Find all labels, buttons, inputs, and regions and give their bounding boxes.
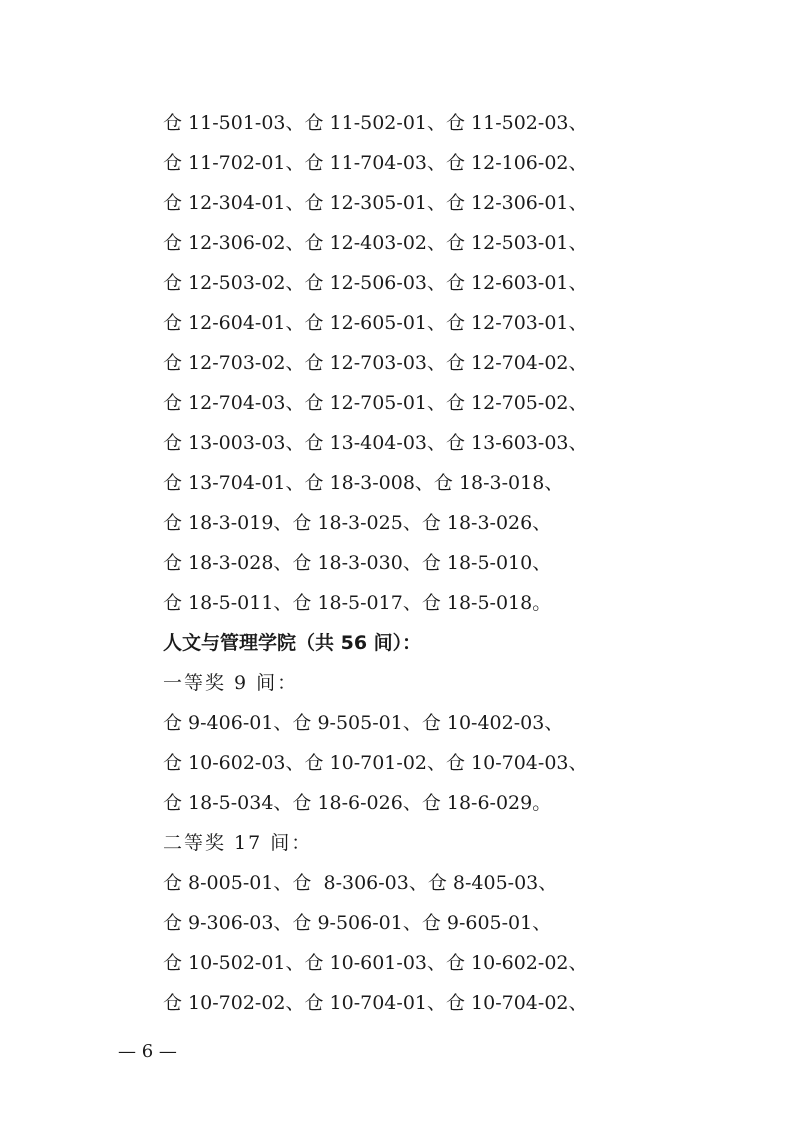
- room-list-line: 仓 18-3-019、仓 18-3-025、仓 18-3-026、: [163, 503, 603, 543]
- room-list-line: 仓 12-306-02、仓 12-403-02、仓 12-503-01、: [163, 223, 603, 263]
- room-list-line: 仓 18-3-028、仓 18-3-030、仓 18-5-010、: [163, 543, 603, 583]
- room-list-line: 仓 9-406-01、仓 9-505-01、仓 10-402-03、: [163, 703, 603, 743]
- room-list-line: 仓 11-501-03、仓 11-502-01、仓 11-502-03、: [163, 103, 603, 143]
- room-list-line: 仓 10-602-03、仓 10-701-02、仓 10-704-03、: [163, 743, 603, 783]
- room-list-line: 仓 13-704-01、仓 18-3-008、仓 18-3-018、: [163, 463, 603, 503]
- page-number: — 6 —: [118, 1040, 177, 1064]
- room-list-line: 仓 10-702-02、仓 10-704-01、仓 10-704-02、: [163, 983, 603, 1023]
- room-list-line: 仓 18-5-034、仓 18-6-026、仓 18-6-029。: [163, 783, 603, 823]
- room-list-line: 仓 18-5-011、仓 18-5-017、仓 18-5-018。: [163, 583, 603, 623]
- room-list-line: 仓 12-703-02、仓 12-703-03、仓 12-704-02、: [163, 343, 603, 383]
- room-list-line: 仓 9-306-03、仓 9-506-01、仓 9-605-01、: [163, 903, 603, 943]
- room-list-line: 仓 11-702-01、仓 11-704-03、仓 12-106-02、: [163, 143, 603, 183]
- room-list-line: 仓 12-503-02、仓 12-506-03、仓 12-603-01、: [163, 263, 603, 303]
- room-list-line: 仓 13-003-03、仓 13-404-03、仓 13-603-03、: [163, 423, 603, 463]
- room-list-line: 仓 12-304-01、仓 12-305-01、仓 12-306-01、: [163, 183, 603, 223]
- room-list-line: 仓 10-502-01、仓 10-601-03、仓 10-602-02、: [163, 943, 603, 983]
- document-body: 仓 11-501-03、仓 11-502-01、仓 11-502-03、 仓 1…: [163, 103, 603, 1023]
- room-list-line: 仓 12-604-01、仓 12-605-01、仓 12-703-01、: [163, 303, 603, 343]
- award-tier-label: 二等奖 17 间：: [163, 823, 603, 863]
- section-heading: 人文与管理学院（共 56 间）：: [163, 623, 603, 663]
- room-list-line: 仓 12-704-03、仓 12-705-01、仓 12-705-02、: [163, 383, 603, 423]
- award-tier-label: 一等奖 9 间：: [163, 663, 603, 703]
- room-list-line: 仓 8-005-01、仓 8-306-03、仓 8-405-03、: [163, 863, 603, 903]
- document-page: 仓 11-501-03、仓 11-502-01、仓 11-502-03、 仓 1…: [0, 0, 794, 1123]
